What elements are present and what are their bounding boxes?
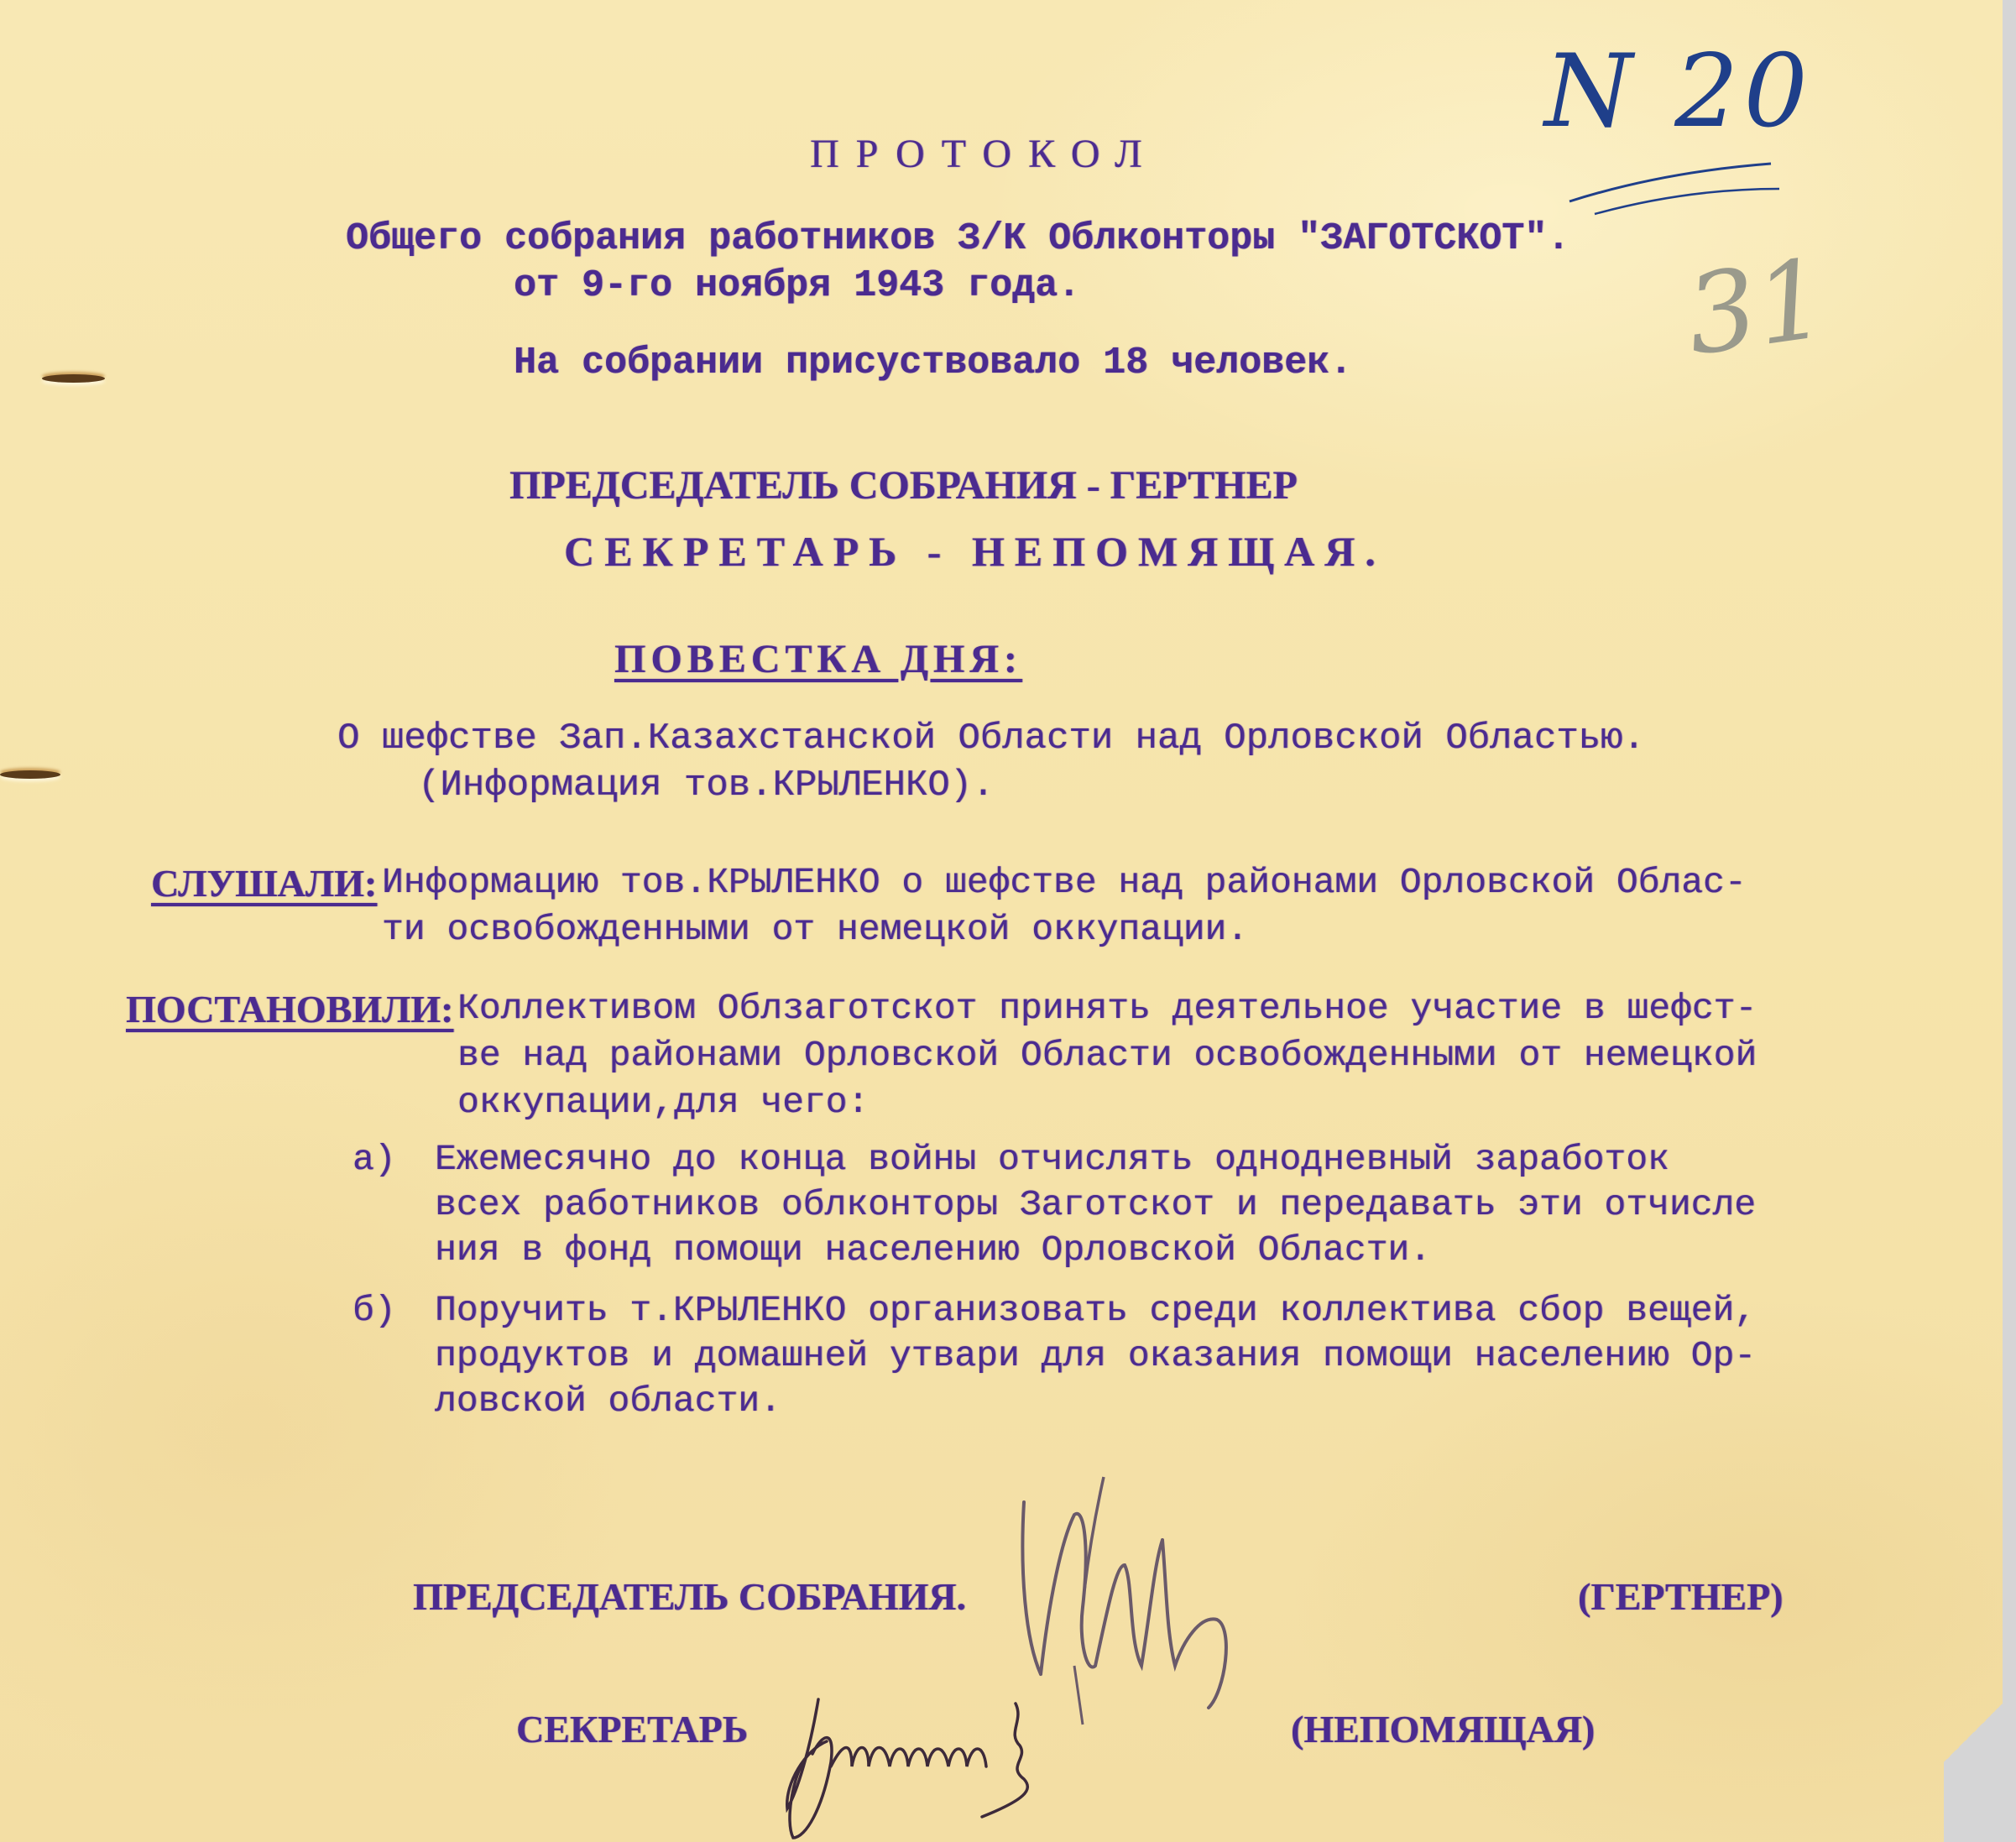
heard-label: СЛУШАЛИ: — [151, 864, 377, 903]
resolution-item-a-line-3: ния в фонд помощи населению Орловской Об… — [435, 1232, 1431, 1268]
agenda-item-line-1: О шефстве Зап.Казахстанской Области над … — [337, 720, 1645, 757]
handwritten-document-number: N 20 — [1544, 34, 1813, 150]
secretary-line: СЕКРЕТАРЬ - НЕПОМЯЩАЯ. — [564, 530, 1386, 572]
resolution-item-b-line-2: продуктов и домашней утвари для оказания… — [435, 1338, 1756, 1374]
chairman-line: ПРЕДСЕДАТЕЛЬ СОБРАНИЯ - ГЕРТНЕР — [509, 466, 1298, 506]
document-title: ПРОТОКОЛ — [810, 134, 1159, 175]
binding-slit-top — [42, 374, 105, 383]
resolution-item-b-line-1: Поручить т.КРЫЛЕНКО организовать среди к… — [435, 1292, 1756, 1328]
resolution-item-a-line-2: всех работников облконторы Заготскот и п… — [435, 1187, 1756, 1223]
heard-line-1: Информацию тов.КРЫЛЕНКО о шефстве над ра… — [382, 864, 1747, 900]
resolved-line-3: оккупации,для чего: — [457, 1084, 869, 1120]
resolution-item-a-line-1: Ежемесячно до конца войны отчислять одно… — [435, 1141, 1669, 1177]
attendance-line: На собрании присуствовало 18 человек. — [514, 344, 1352, 382]
document-page: N 20 31 ПРОТОКОЛ Общего собрания работни… — [0, 0, 2003, 1842]
meeting-date: от 9-го ноября 1943 года. — [514, 267, 1080, 305]
secretary-name: (НЕПОМЯЩАЯ) — [1291, 1710, 1595, 1749]
subtitle-line-1: Общего собрания работников З/К Облконтор… — [346, 220, 1569, 258]
secretary-signature-label: СЕКРЕТАРЬ — [516, 1710, 748, 1749]
annotation-underline — [1561, 155, 1779, 222]
pencil-folio-number: 31 — [1679, 234, 1834, 380]
agenda-heading: ПОВЕСТКА ДНЯ: — [614, 639, 1022, 680]
resolution-item-b-line-3: ловской области. — [435, 1383, 781, 1419]
resolved-line-2: ве над районами Орловской Области освобо… — [457, 1037, 1757, 1073]
resolved-label: ПОСТАНОВИЛИ: — [126, 990, 453, 1029]
secretary-signature — [772, 1683, 1125, 1842]
binding-slit-bottom — [0, 770, 60, 779]
resolution-item-a-marker: а) — [353, 1141, 396, 1177]
resolved-line-1: Коллективом Облзаготскот принять деятель… — [457, 990, 1757, 1026]
chairman-signature-label: ПРЕДСЕДАТЕЛЬ СОБРАНИЯ. — [413, 1578, 966, 1616]
resolution-item-b-marker: б) — [353, 1292, 396, 1328]
agenda-item-line-2: (Информация тов.КРЫЛЕНКО). — [418, 767, 995, 804]
chairman-name: (ГЕРТНЕР) — [1578, 1578, 1784, 1616]
heard-line-2: ти освобожденными от немецкой оккупации. — [382, 911, 1248, 947]
